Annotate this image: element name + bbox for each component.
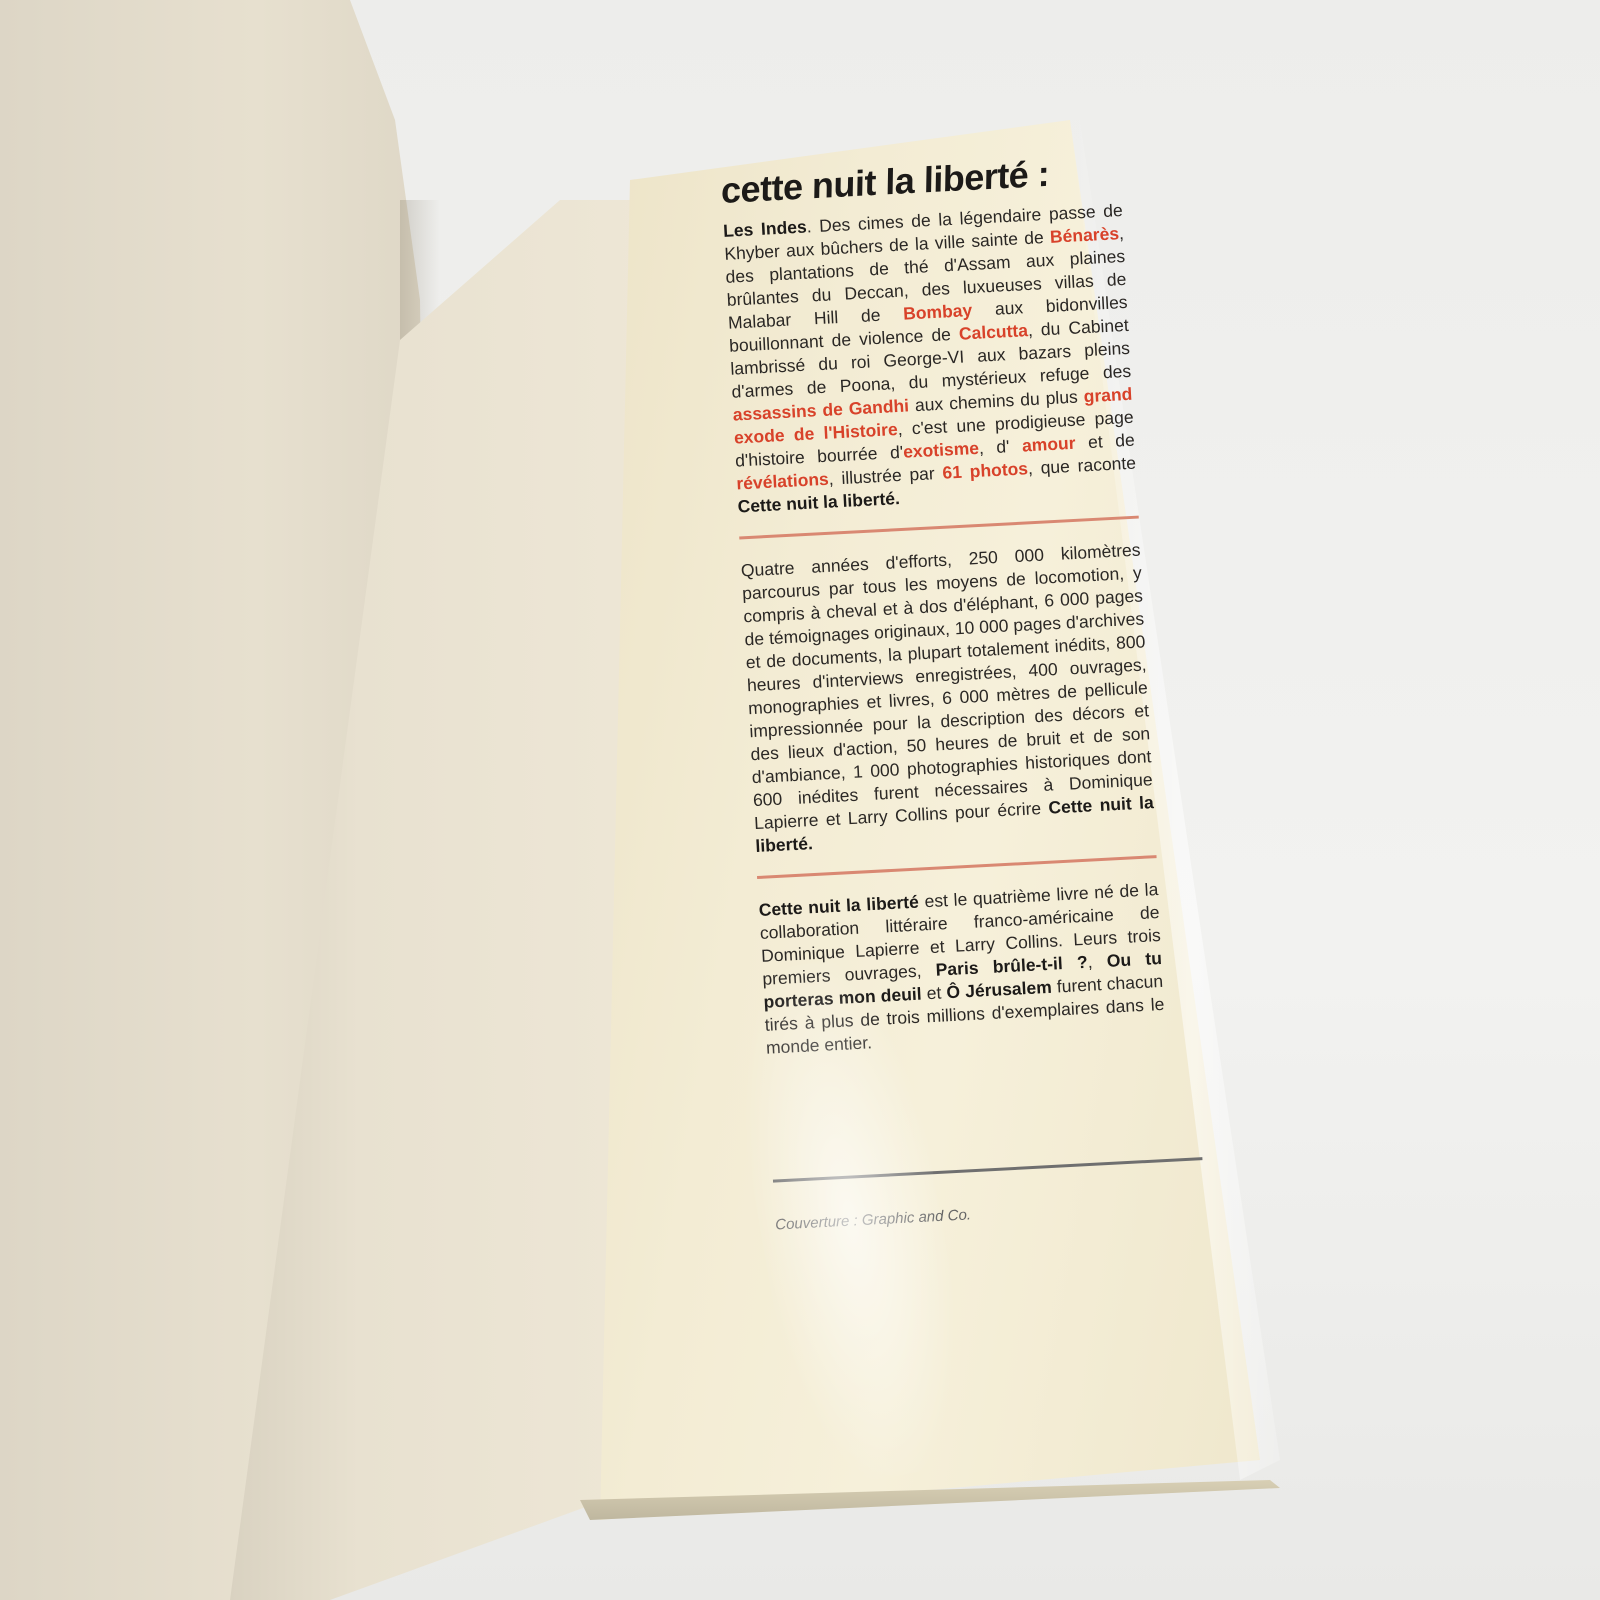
body-text: et (921, 982, 947, 1003)
highlight-text: amour (1022, 433, 1076, 456)
summary-paragraph: Les Indes. Des cimes de la légendaire pa… (723, 199, 1138, 519)
body-text: et de (1075, 430, 1135, 453)
bold-text: Les Indes (723, 217, 807, 241)
highlight-text: Calcutta (958, 320, 1028, 344)
body-text: , que raconte (1027, 453, 1136, 479)
research-paragraph: Quatre années d'efforts, 250 000 kilomèt… (740, 539, 1155, 859)
body-text: , (1087, 951, 1107, 972)
highlight-text: exotisme (903, 438, 980, 462)
highlight-text: révélations (736, 469, 829, 494)
red-divider (739, 516, 1139, 540)
bold-text: Cette nuit la liberté. (737, 488, 900, 516)
highlight-text: Bombay (903, 300, 973, 324)
research-text: Quatre années d'efforts, 250 000 kilomèt… (740, 540, 1153, 834)
red-divider (757, 855, 1157, 879)
bold-text: Ô Jérusalem (946, 977, 1052, 1002)
body-text: , illustrée par (828, 463, 943, 489)
highlight-text: 61 photos (942, 458, 1029, 482)
highlight-text: Bénarès (1049, 223, 1119, 247)
body-text: , d' (978, 436, 1022, 458)
